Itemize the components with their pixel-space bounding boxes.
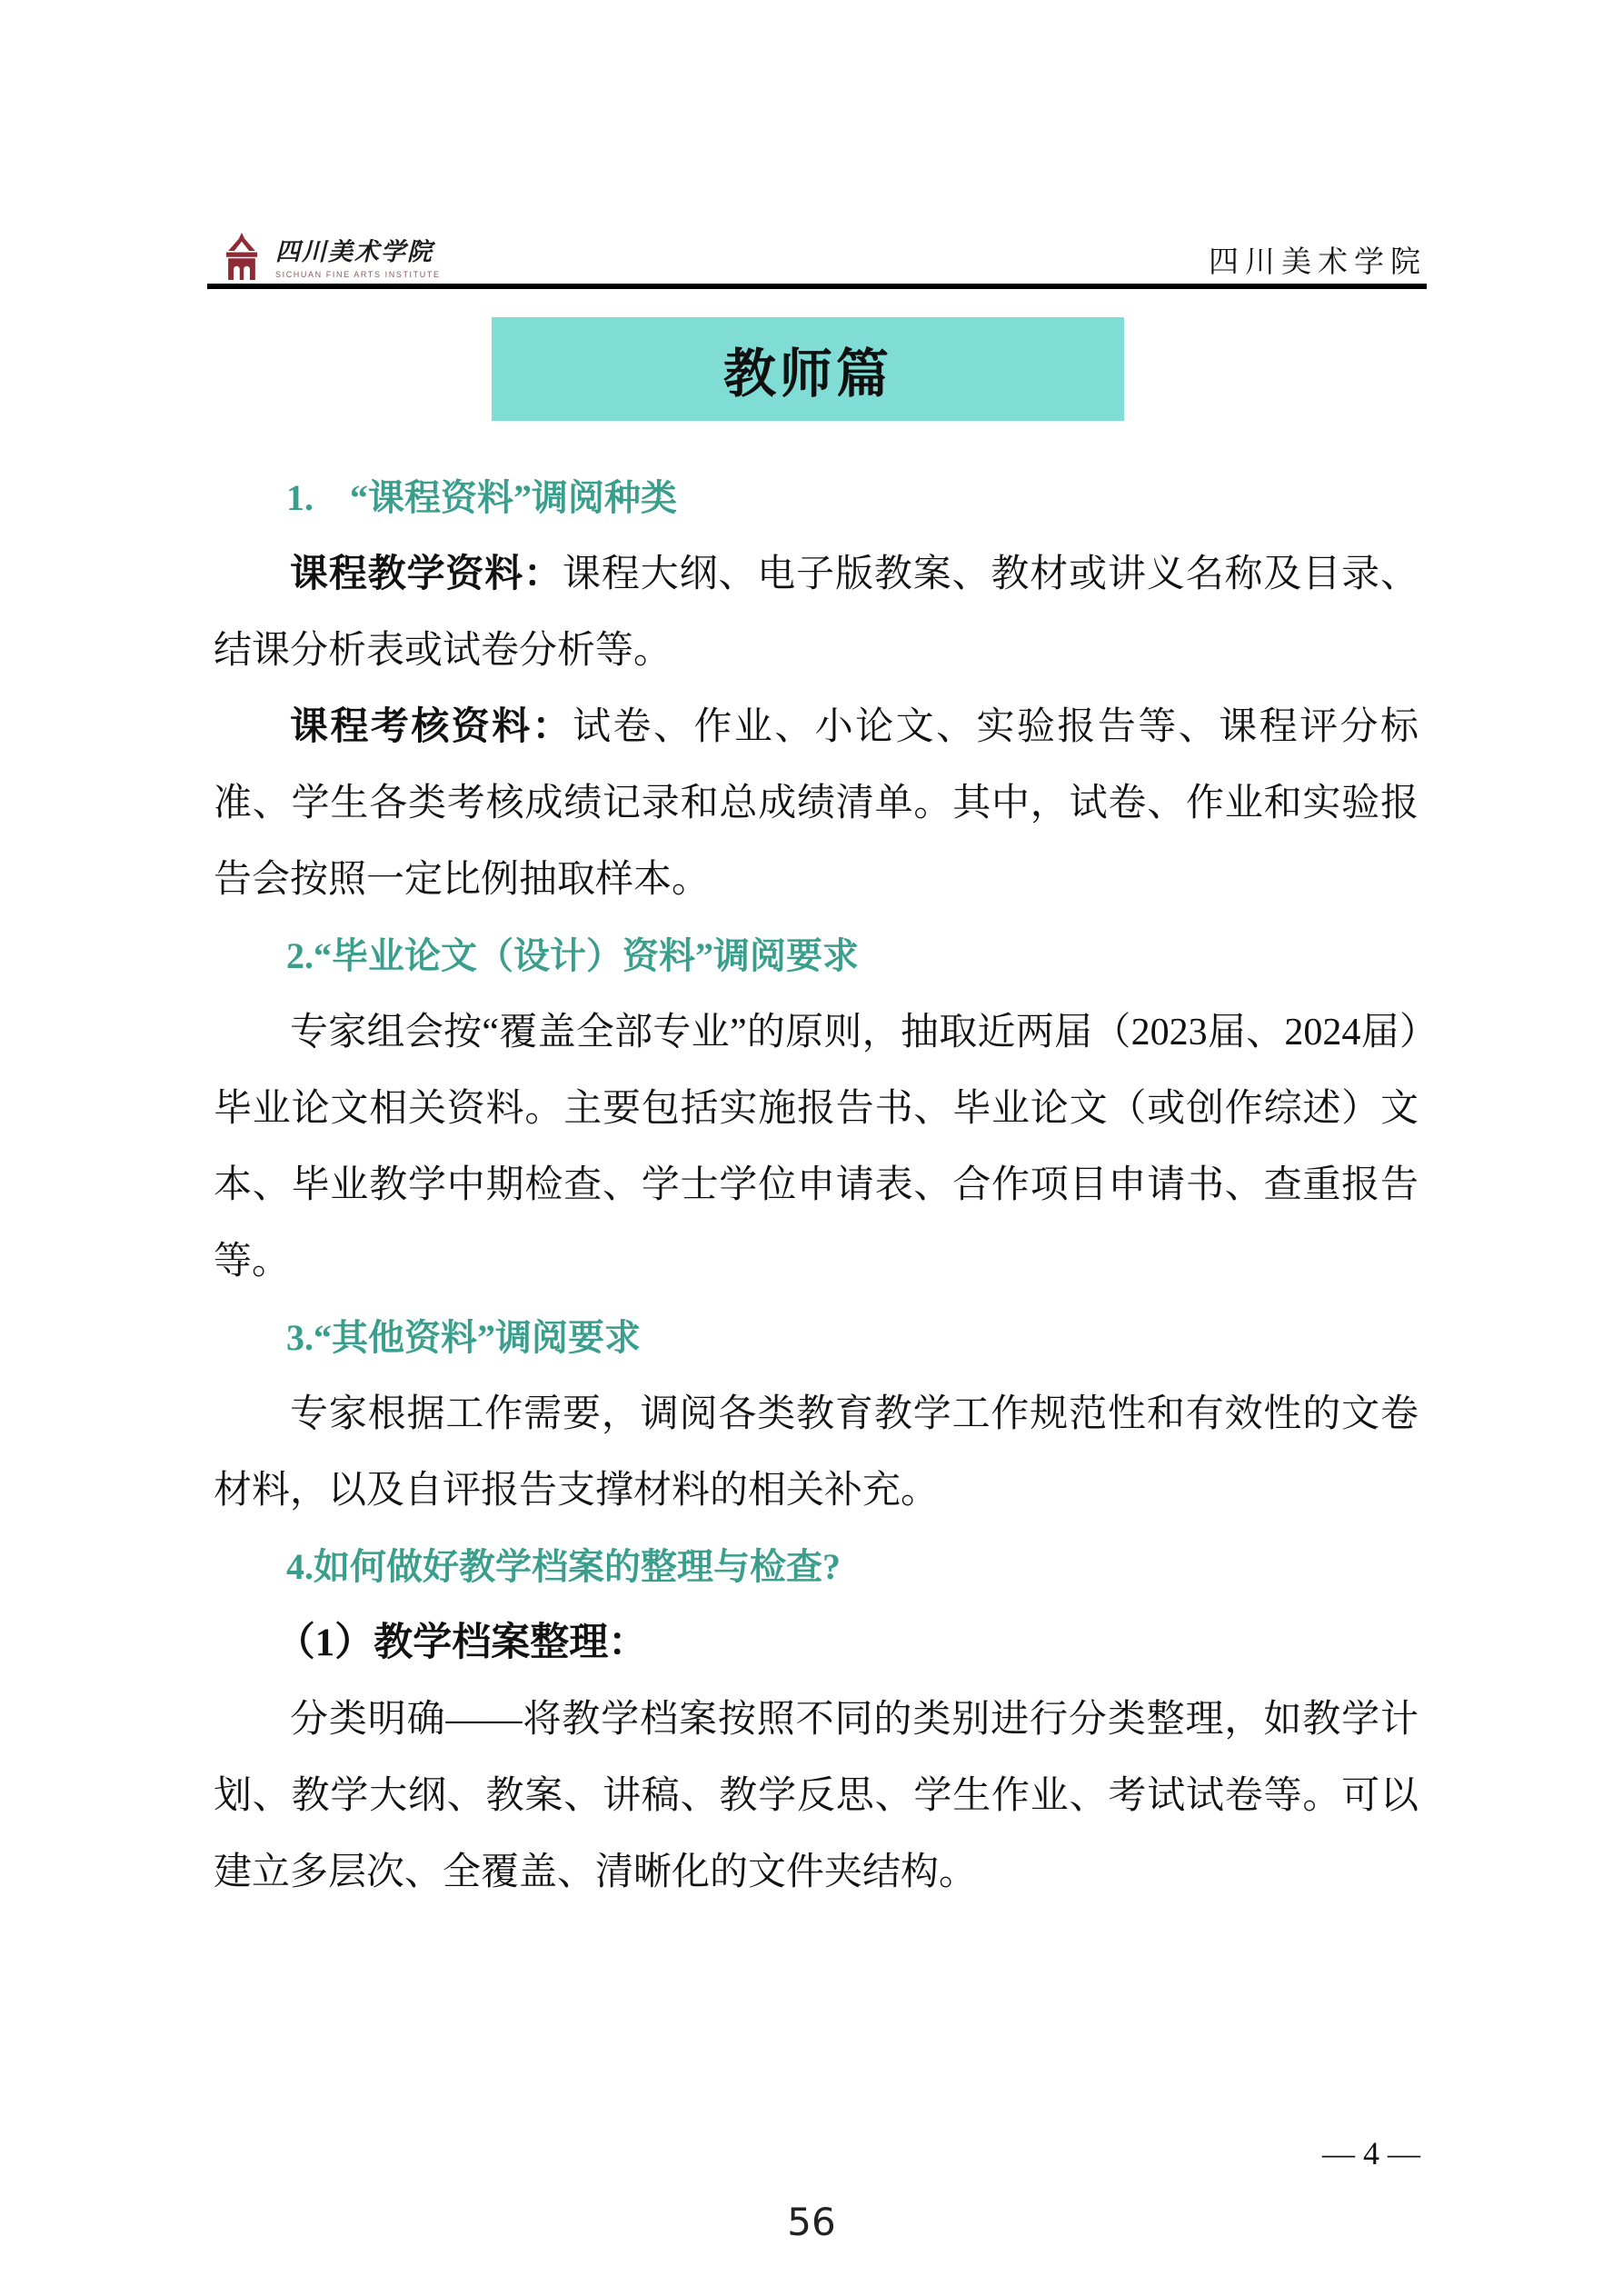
section-banner: 教师篇 bbox=[492, 317, 1124, 421]
paragraph-lead: 课程教学资料： bbox=[290, 554, 563, 595]
paragraph-text: 专家根据工作需要，调阅各类教育教学工作规范性和有效性的文卷材料，以及自评报告支撑… bbox=[214, 1393, 1419, 1512]
section-3-heading: 3.“其他资料”调阅要求 bbox=[214, 1300, 1419, 1376]
section-1-heading: 1. “课程资料”调阅种类 bbox=[214, 460, 1419, 536]
logo-text-block: 四川美术学院 SICHUAN FINE ARTS INSTITUTE bbox=[275, 233, 441, 279]
section-4-heading: 4.如何做好教学档案的整理与检查? bbox=[214, 1529, 1419, 1605]
section-1-paragraph-2: 课程考核资料：试卷、作业、小论文、实验报告等、课程评分标准、学生各类考核成绩记录… bbox=[214, 689, 1419, 918]
paragraph-text: 专家组会按“覆盖全部专业”的原则，抽取近两届（2023届、2024届）毕业论文相… bbox=[214, 1012, 1419, 1283]
paragraph-lead: 课程考核资料： bbox=[290, 706, 573, 748]
header-divider bbox=[207, 284, 1427, 289]
section-2-heading: 2.“毕业论文（设计）资料”调阅要求 bbox=[214, 918, 1419, 994]
section-2-paragraph-1: 专家组会按“覆盖全部专业”的原则，抽取近两届（2023届、2024届）毕业论文相… bbox=[214, 994, 1419, 1300]
section-1-paragraph-1: 课程教学资料：课程大纲、电子版教案、教材或讲义名称及目录、结课分析表或试卷分析等… bbox=[214, 536, 1419, 689]
school-logo: 四川美术学院 SICHUAN FINE ARTS INSTITUTE bbox=[221, 233, 441, 280]
section-3-paragraph-1: 专家根据工作需要，调阅各类教育教学工作规范性和有效性的文卷材料，以及自评报告支撑… bbox=[214, 1376, 1419, 1529]
document-body: 1. “课程资料”调阅种类 课程教学资料：课程大纲、电子版教案、教材或讲义名称及… bbox=[214, 460, 1419, 1911]
logo-english-name: SICHUAN FINE ARTS INSTITUTE bbox=[275, 270, 441, 279]
chapter-page-marker: — 4 — bbox=[1322, 2134, 1420, 2172]
school-gate-icon bbox=[221, 233, 263, 280]
document-page: 四川美术学院 SICHUAN FINE ARTS INSTITUTE 四川美术学… bbox=[0, 0, 1623, 2296]
page-number: 56 bbox=[0, 2200, 1623, 2244]
logo-chinese-name: 四川美术学院 bbox=[275, 240, 441, 265]
banner-title: 教师篇 bbox=[723, 331, 892, 407]
section-4-subheading: （1）教学档案整理： bbox=[214, 1605, 1419, 1682]
header-school-title: 四川美术学院 bbox=[1209, 238, 1427, 281]
section-4-paragraph-1: 分类明确——将教学档案按照不同的类别进行分类整理，如教学计划、教学大纲、教案、讲… bbox=[214, 1682, 1419, 1911]
paragraph-text: 分类明确——将教学档案按照不同的类别进行分类整理，如教学计划、教学大纲、教案、讲… bbox=[214, 1699, 1419, 1893]
